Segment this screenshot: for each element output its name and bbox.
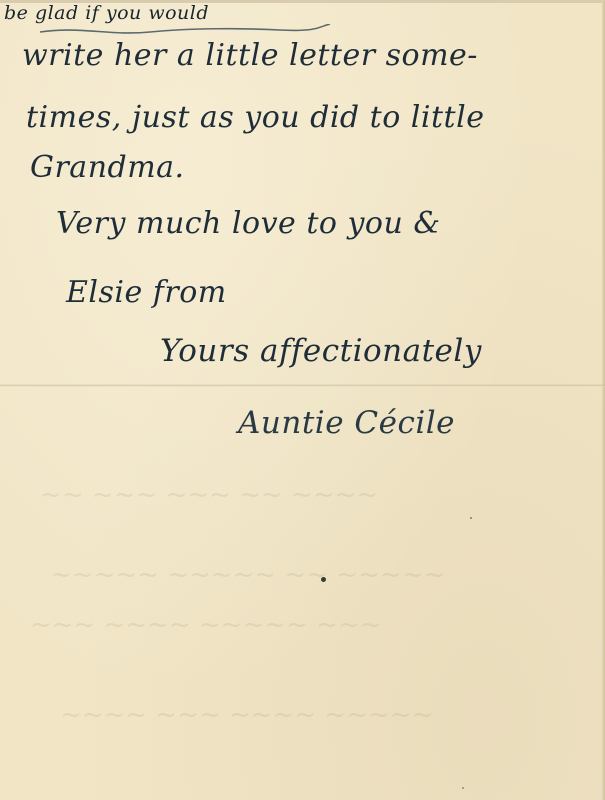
letter-line-5: Elsie from: [66, 275, 227, 310]
letter-line-3: Grandma.: [30, 150, 185, 185]
ink-speck: [321, 577, 326, 582]
bleed-through-text: ~~~ ~~~~ ~~~~~ ~~~: [30, 610, 382, 640]
bleed-through-text: ~~ ~~~ ~~~ ~~ ~~~~: [40, 480, 378, 510]
bleed-through-text: ~~~~~ ~~~~~ ~~ ~~~~~: [50, 560, 445, 590]
letter-page: ~~ ~~~ ~~~ ~~ ~~~~ ~~~~~ ~~~~~ ~~ ~~~~~ …: [0, 0, 605, 800]
closing-line: Yours affectionately: [160, 333, 482, 369]
bleed-through-text: ~~~~ ~~~ ~~~~ ~~~~~: [60, 700, 433, 730]
ink-speck: [470, 517, 472, 519]
signature: Auntie Cécile: [238, 405, 455, 441]
inserted-phrase: be glad if you would: [4, 2, 209, 24]
letter-line-2: times, just as you did to little: [26, 100, 484, 135]
ink-speck: [462, 787, 464, 789]
paper-fold-crease: [0, 384, 605, 387]
insertion-caret-line: [40, 24, 330, 38]
letter-line-1: write her a little letter some-: [22, 38, 478, 73]
letter-line-4: Very much love to you &: [56, 206, 441, 241]
